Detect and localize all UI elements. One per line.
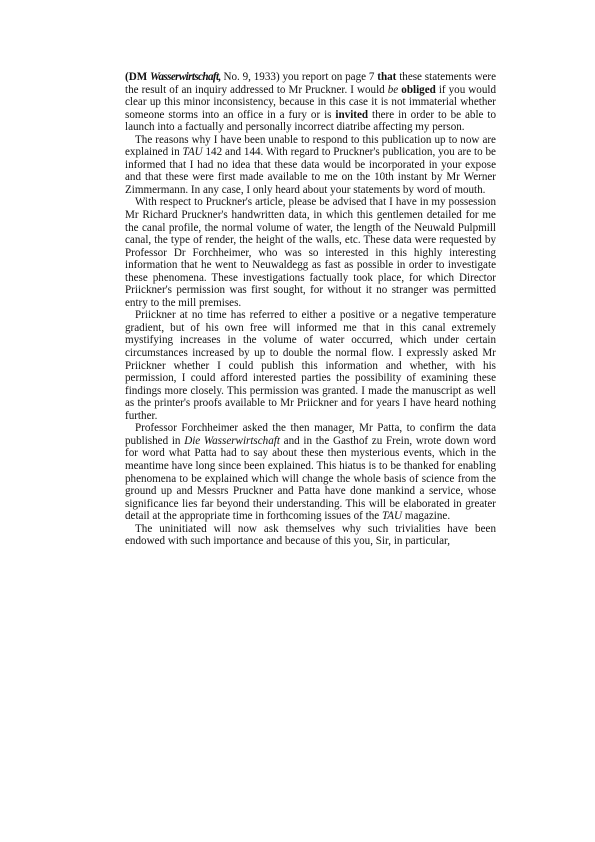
emphasis-obliged: obliged: [401, 84, 436, 96]
document-page: (DM Wasserwirtschaft, No. 9, 1933) you r…: [125, 71, 496, 548]
magazine-title: TAU: [382, 510, 402, 522]
journal-title: Wasserwirtschaft,: [150, 71, 221, 83]
text-segment: Priickner at no time has referred to eit…: [125, 309, 496, 421]
paragraph-3: With respect to Pruckner's article, plea…: [125, 196, 496, 309]
emphasis-be: be: [388, 84, 398, 96]
paragraph-4: Priickner at no time has referred to eit…: [125, 309, 496, 422]
text-segment: No. 9, 1933) you report on page 7: [221, 71, 378, 83]
emphasis-invited: invited: [335, 109, 368, 121]
text-segment: and in the Gasthof zu Frein, wrote down …: [125, 435, 496, 522]
paragraph-2: The reasons why I have been unable to re…: [125, 134, 496, 197]
magazine-title: TAU: [183, 146, 203, 158]
paragraph-5: Professor Forchheimer asked the then man…: [125, 422, 496, 522]
text-segment: (DM: [125, 71, 150, 83]
text-segment: With respect to Pruckner's article, plea…: [125, 196, 496, 308]
journal-title: Die Wasserwirtschaft: [184, 435, 280, 447]
text-segment: The uninitiated will now ask themselves …: [125, 523, 496, 548]
text-segment: magazine.: [402, 510, 450, 522]
paragraph-1: (DM Wasserwirtschaft, No. 9, 1933) you r…: [125, 71, 496, 134]
paragraph-6: The uninitiated will now ask themselves …: [125, 523, 496, 548]
emphasis-that: that: [377, 71, 396, 83]
